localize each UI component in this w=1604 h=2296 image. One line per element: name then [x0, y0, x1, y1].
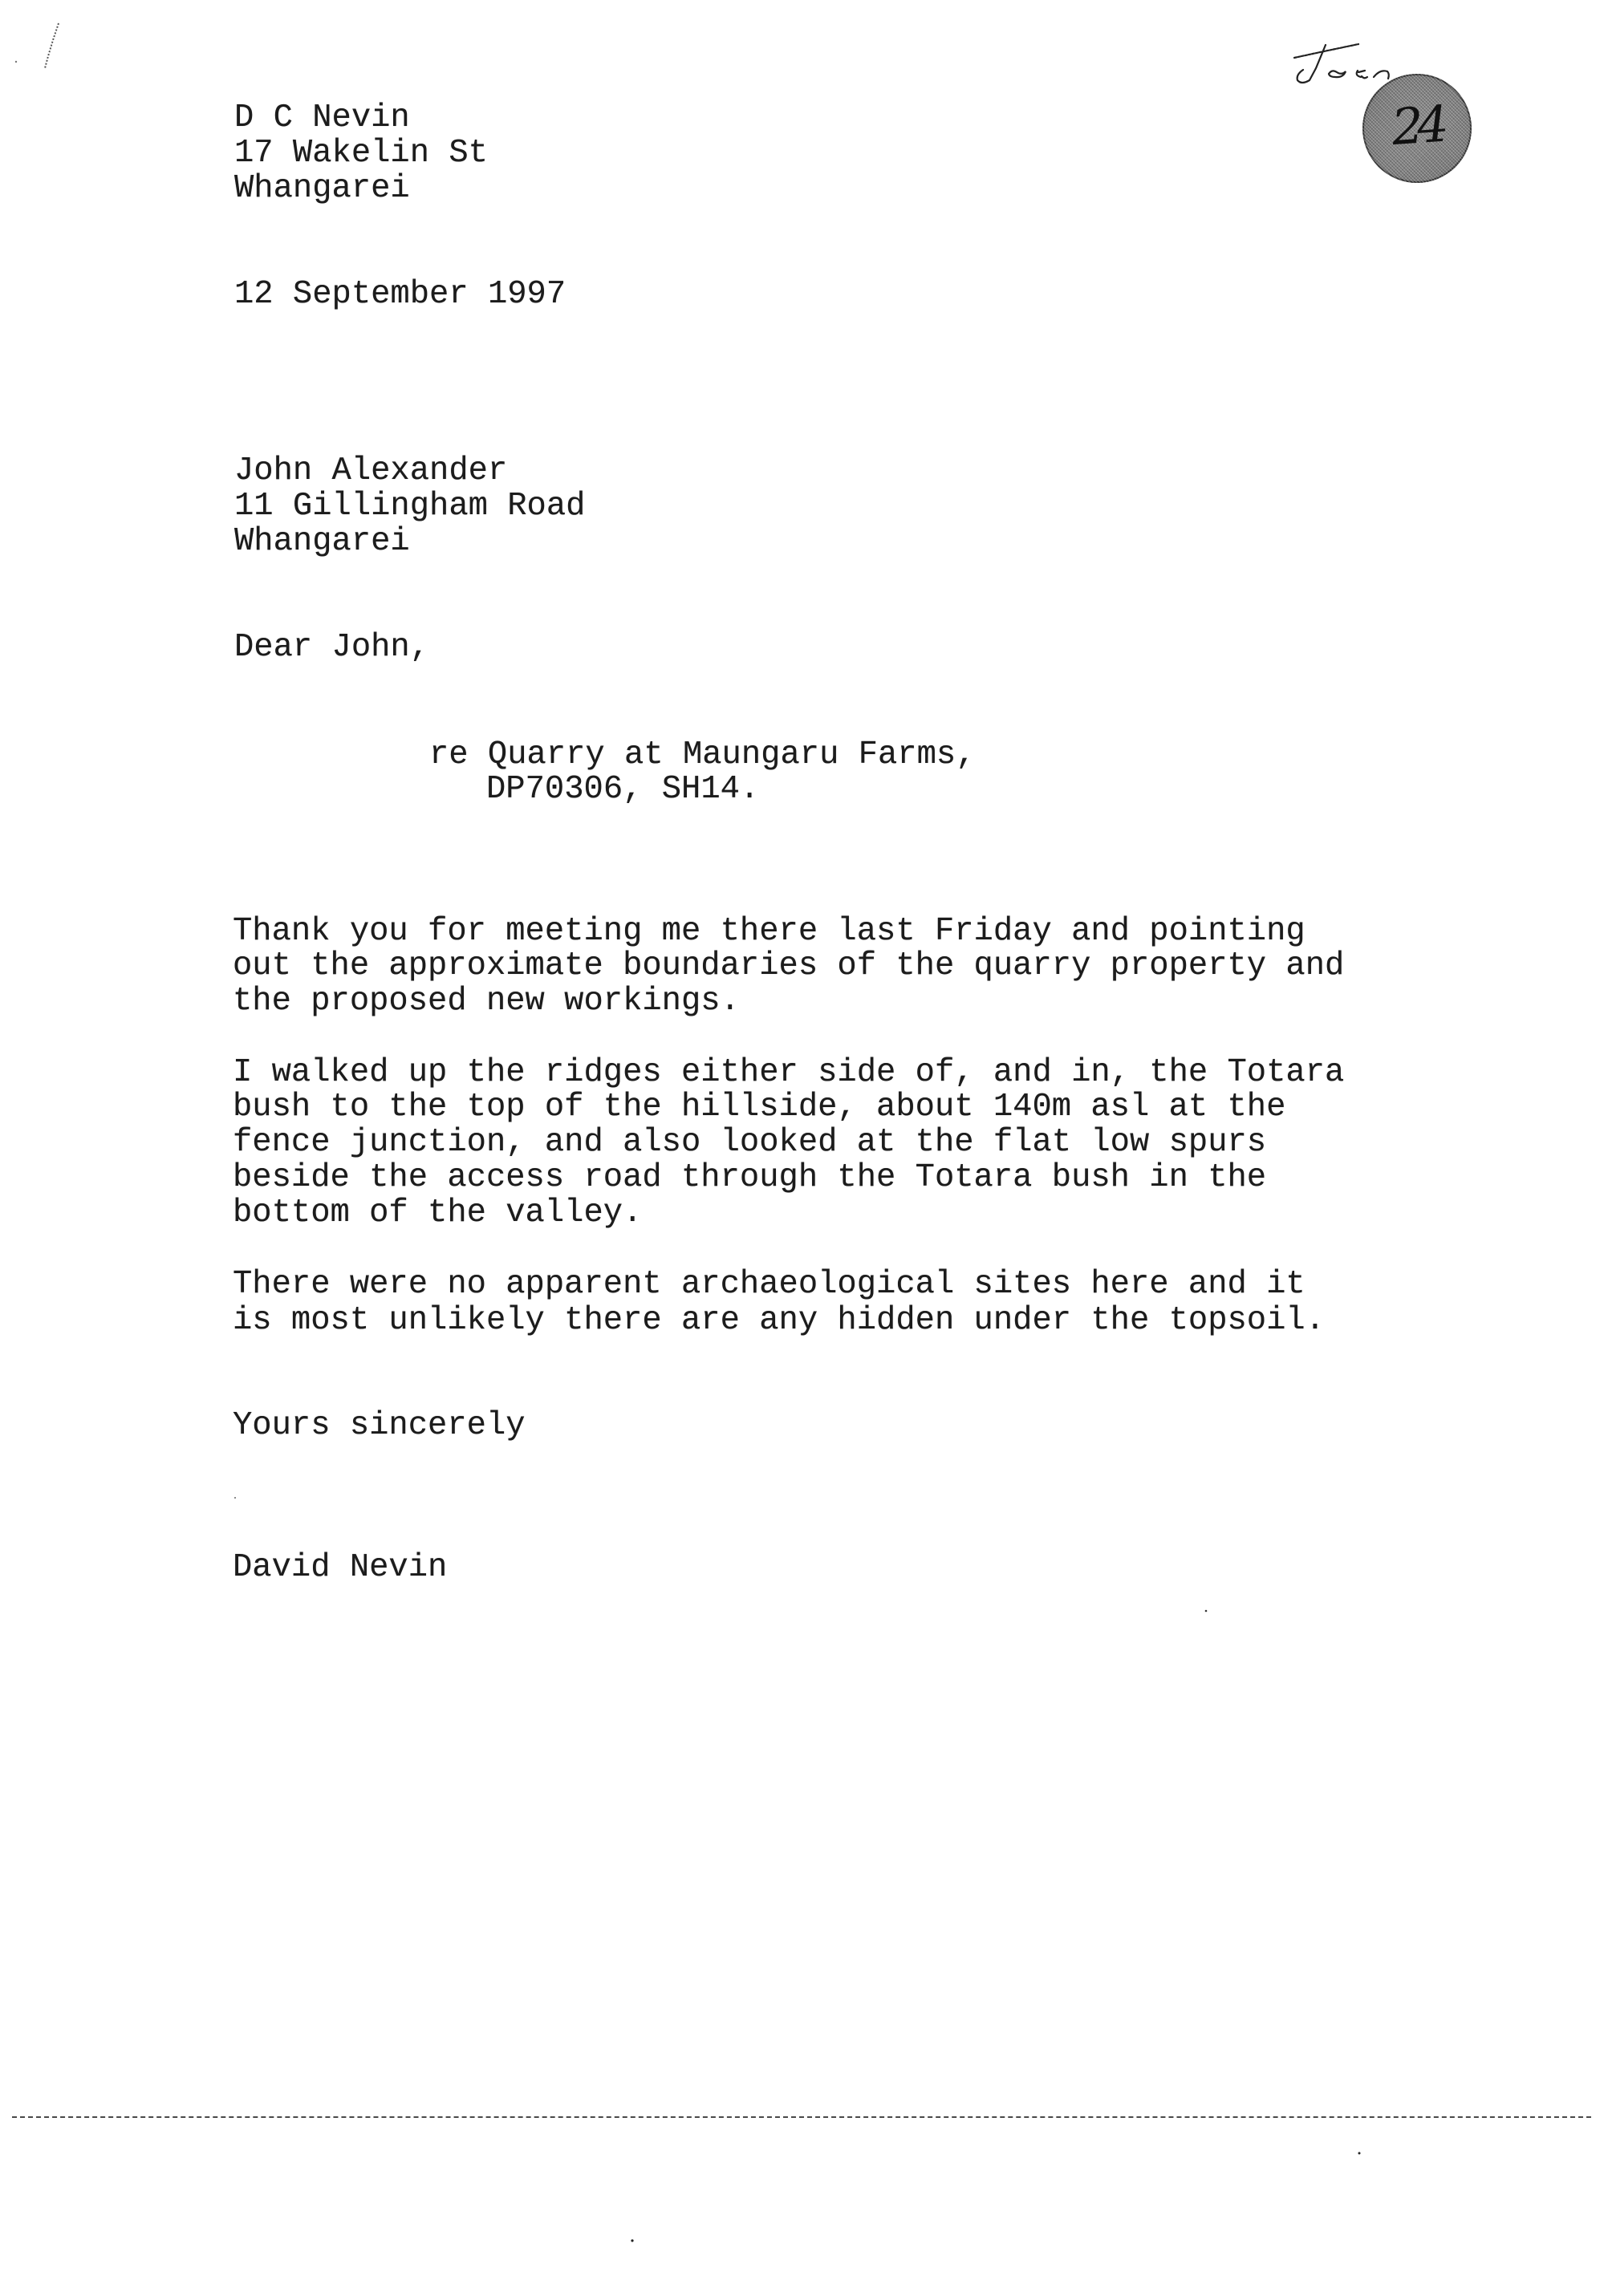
sender-street: 17 Wakelin St: [234, 137, 488, 170]
stamp-number: 24: [1362, 97, 1472, 154]
subject-line-1: re Quarry at Maungaru Farms,: [429, 739, 976, 772]
recipient-city: Whangarei: [234, 525, 410, 558]
salutation: Dear John,: [234, 631, 429, 664]
paragraph-line: the proposed new workings.: [233, 985, 740, 1018]
paragraph-line: bush to the top of the hillside, about 1…: [233, 1091, 1285, 1124]
letter-page: 24 D C Nevin 17 Wakelin St Whangarei 12 …: [0, 0, 1604, 2296]
handwritten-initials-icon: [1294, 44, 1389, 83]
paragraph-line: is most unlikely there are any hidden un…: [233, 1304, 1325, 1337]
paragraph-line: I walked up the ridges either side of, a…: [233, 1057, 1344, 1089]
closing: Yours sincerely: [233, 1410, 526, 1442]
paragraph-line: Thank you for meeting me there last Frid…: [233, 915, 1306, 948]
letter-date: 12 September 1997: [234, 278, 566, 311]
paragraph-line: There were no apparent archaeological si…: [233, 1268, 1306, 1301]
paragraph-line: bottom of the valley.: [233, 1197, 642, 1230]
subject-line-2: DP70306, SH14.: [486, 773, 759, 806]
recipient-name: John Alexander: [234, 455, 507, 488]
footer-dashed-rule: [12, 2116, 1591, 2118]
sender-city: Whangarei: [234, 172, 410, 205]
paragraph-line: out the approximate boundaries of the qu…: [233, 950, 1344, 983]
pencil-mark-icon: [45, 23, 59, 68]
recipient-street: 11 Gillingham Road: [234, 490, 585, 523]
paragraph-line: fence junction, and also looked at the f…: [233, 1126, 1266, 1159]
paragraph-line: beside the access road through the Totar…: [233, 1162, 1266, 1195]
sender-name: D C Nevin: [234, 102, 410, 135]
page-number-stamp: 24: [1362, 74, 1472, 183]
signature-name: David Nevin: [233, 1552, 447, 1584]
